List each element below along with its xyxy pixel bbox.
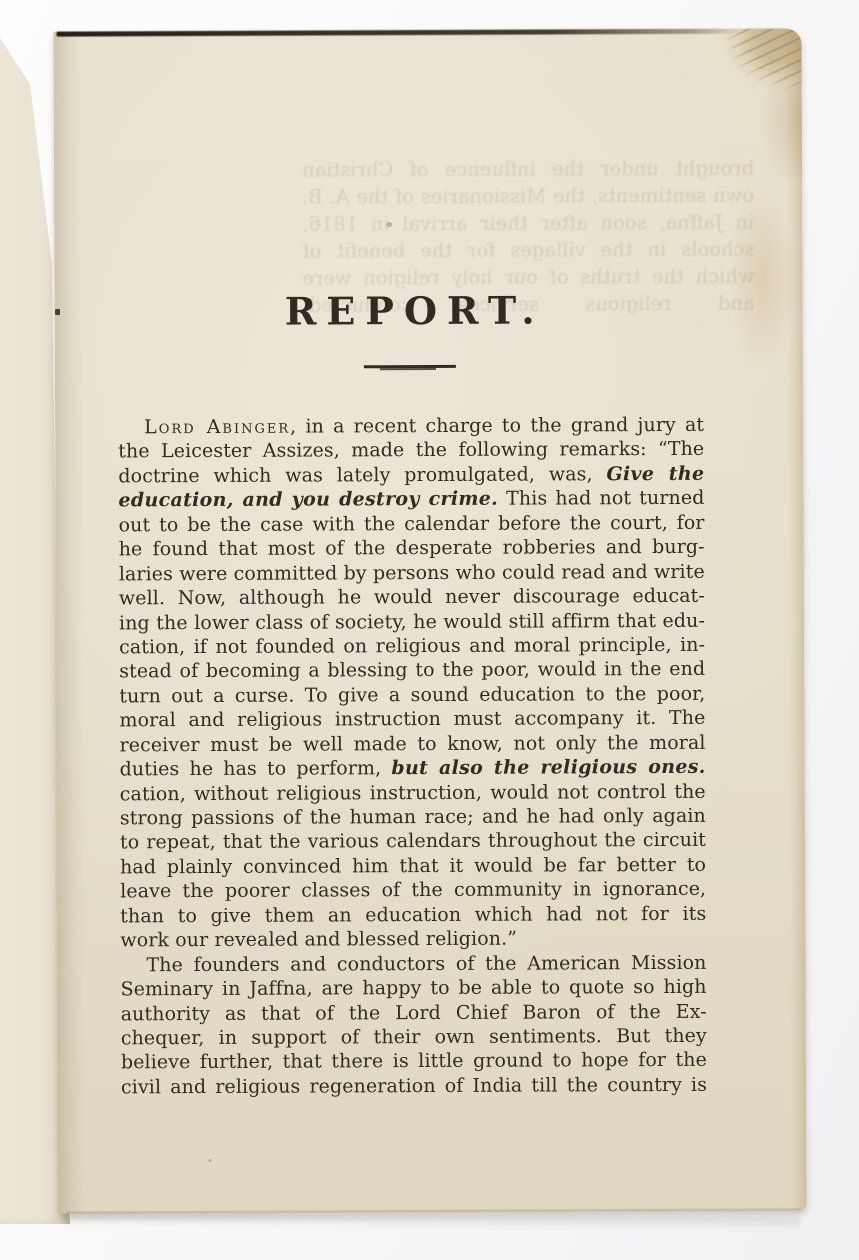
text-segment: ing the lower class of society, he would… <box>119 609 705 634</box>
show-through-line: own sentiments, the Missionaries of the … <box>302 182 754 211</box>
foxing-spot <box>208 1159 211 1162</box>
text-line: had plainly convinced him that it would … <box>120 853 706 880</box>
text-line: turn out a curse. To give a sound educat… <box>119 682 705 709</box>
text-line: receiver must be well made to know, not … <box>119 730 705 757</box>
text-segment: stead of becoming a blessing to the poor… <box>119 658 705 683</box>
text-segment: moral and religious instruction must acc… <box>119 707 705 732</box>
text-segment: well. Now, although he would never disco… <box>119 585 705 610</box>
text-segment: he found that most of the desperate robb… <box>119 536 705 561</box>
text-line: doctrine which was lately promulgated, w… <box>118 462 704 489</box>
text-line: Lord Abinger, in a recent charge to the … <box>118 413 704 440</box>
text-segment: This had not turned <box>498 487 705 510</box>
body-text: Lord Abinger, in a recent charge to the … <box>118 413 707 1100</box>
text-segment: civil and religious regeneration of Indi… <box>121 1074 707 1099</box>
text-segment: believe further, that there is little gr… <box>121 1049 707 1074</box>
text-segment: strong passions of the human race; and h… <box>120 805 706 830</box>
text-segment: leave the poorer classes of the communit… <box>120 878 706 903</box>
fold-creases <box>676 28 802 179</box>
text-segment: chequer, in support of their own sentime… <box>121 1025 707 1050</box>
text-line: Seminary in Jaffna, are happy to be able… <box>121 975 707 1002</box>
text-segment: out to be the case with the calendar bef… <box>119 512 705 537</box>
text-line: leave the poorer classes of the communit… <box>120 877 706 904</box>
page-shadow <box>62 1214 800 1229</box>
text-line: ing the lower class of society, he would… <box>119 608 705 635</box>
foxing-spot <box>386 222 392 227</box>
italic-text: but also the religious ones. <box>391 756 705 779</box>
edge-stain <box>715 148 811 408</box>
text-line: out to be the case with the calendar bef… <box>119 511 705 538</box>
page-header: REPORT. <box>117 287 703 370</box>
text-segment: had plainly convinced him that it would … <box>120 854 706 879</box>
text-line: chequer, in support of their own sentime… <box>121 1024 707 1051</box>
text-line: than to give them an education which had… <box>120 902 706 929</box>
text-segment: authority as that of the Lord Chief Baro… <box>121 1000 707 1025</box>
text-line: The founders and conductors of the Ameri… <box>120 950 706 977</box>
text-segment: The founders and conductors of the Ameri… <box>146 951 706 975</box>
text-line: to repeat, that the various calendars th… <box>120 828 706 855</box>
text-line: laries were committed by persons who cou… <box>119 559 705 586</box>
paragraph: Lord Abinger, in a recent charge to the … <box>118 413 706 953</box>
text-segment: doctrine which was lately promulgated, w… <box>118 463 606 487</box>
text-segment: to repeat, that the various calendars th… <box>120 829 706 854</box>
text-line: cation, if not founded on religious and … <box>119 633 705 660</box>
text-line: cation, without religious instruction, w… <box>120 779 706 806</box>
text-line: the Leicester Assizes, made the followin… <box>118 437 704 464</box>
text-line: duties he has to perform, but also the r… <box>120 755 706 782</box>
italic-text: education, and you destroy crime. <box>118 488 498 512</box>
text-line: strong passions of the human race; and h… <box>120 804 706 831</box>
corner-fold <box>676 28 802 179</box>
page-title: REPORT. <box>117 287 703 335</box>
text-segment: work our revealed and blessed religion.” <box>120 928 517 952</box>
text-line: work our revealed and blessed religion.” <box>120 926 706 953</box>
text-line: well. Now, although he would never disco… <box>119 584 705 611</box>
small-caps-text: Lord Abinger <box>144 416 290 439</box>
text-segment: Seminary in Jaffna, are happy to be able… <box>121 976 707 1001</box>
page-top-edge <box>56 29 743 37</box>
show-through-line: schools in the villages for the benefit … <box>302 236 754 265</box>
text-line: believe further, that there is little gr… <box>121 1048 707 1075</box>
text-segment: cation, without religious instruction, w… <box>120 780 706 805</box>
text-segment: cation, if not founded on religious and … <box>119 634 705 659</box>
text-segment: than to give them an education which had… <box>120 903 706 929</box>
page-bottom-edge <box>67 1207 801 1213</box>
text-segment: the Leicester Assizes, made the followin… <box>118 438 704 463</box>
text-line: civil and religious regeneration of Indi… <box>121 1073 707 1100</box>
text-line: education, and you destroy crime. This h… <box>118 486 704 513</box>
photo-background: brought under the influence of Christian… <box>0 0 859 1260</box>
text-segment: duties he has to perform, <box>120 757 392 780</box>
book-page: brought under the influence of Christian… <box>53 28 806 1213</box>
text-segment: turn out a curse. To give a sound educat… <box>119 683 705 708</box>
text-line: stead of becoming a blessing to the poor… <box>119 657 705 684</box>
text-line: moral and religious instruction must acc… <box>119 706 705 733</box>
text-line: he found that most of the desperate robb… <box>119 535 705 562</box>
text-line: authority as that of the Lord Chief Baro… <box>121 999 707 1026</box>
title-rule <box>364 365 456 368</box>
text-segment: laries were committed by persons who cou… <box>119 560 705 585</box>
text-segment: , in a recent charge to the grand jury a… <box>290 414 704 438</box>
paragraph: The founders and conductors of the Ameri… <box>120 950 707 1099</box>
show-through-line: brought under the influence of Christian… <box>302 155 754 184</box>
text-segment: receiver must be well made to know, not … <box>119 731 705 756</box>
show-through-line: in Jaffna, soon after their arrival in 1… <box>302 209 754 238</box>
